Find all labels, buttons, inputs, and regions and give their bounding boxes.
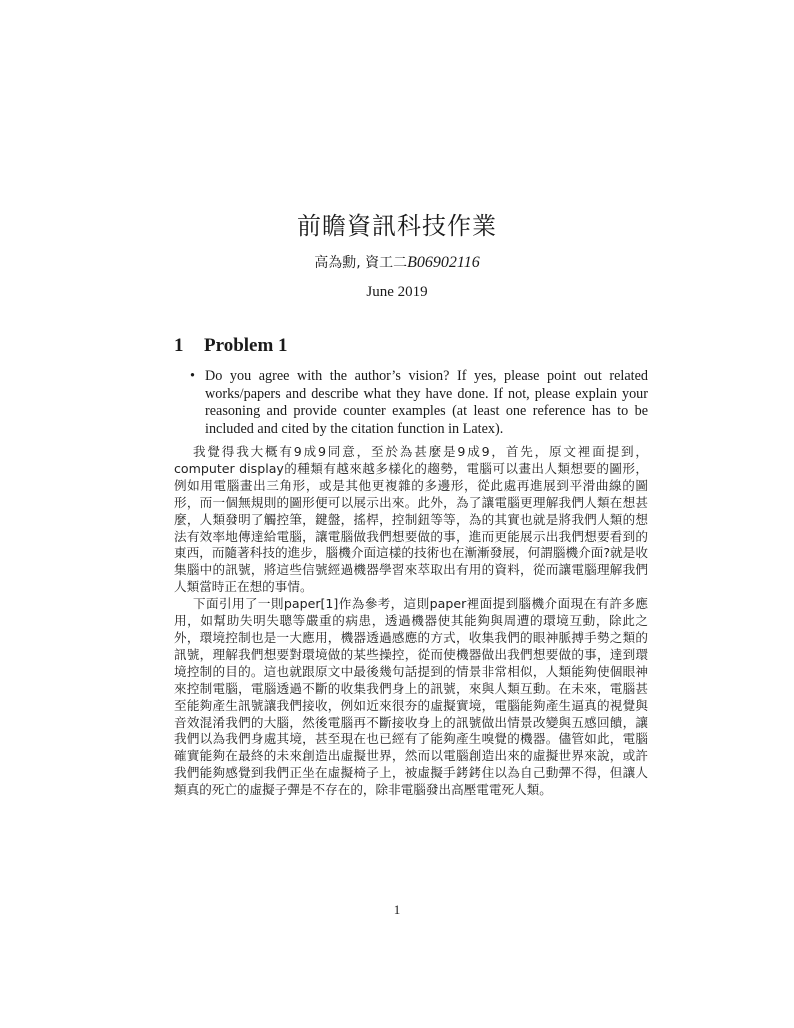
- section-body: 我覺得我大概有9成9同意，至於為甚麼是9成9，首先，原文裡面提到，compute…: [174, 444, 648, 799]
- bullet-text: Do you agree with the author’s vision? I…: [205, 368, 648, 438]
- paper-page: 前瞻資訊科技作業 高為勳, 資工二B06902116 June 2019 1Pr…: [0, 0, 794, 1028]
- bullet-item: • Do you agree with the author’s vision?…: [190, 368, 648, 438]
- paragraph: 我覺得我大概有9成9同意，至於為甚麼是9成9，首先，原文裡面提到，compute…: [174, 444, 648, 596]
- section-title: Problem 1: [204, 335, 288, 356]
- document-date: June 2019: [0, 284, 794, 301]
- paragraph: 下面引用了一則paper[1]作為參考，這則paper裡面提到腦機介面現在有許多…: [174, 596, 648, 799]
- document-title: 前瞻資訊科技作業: [0, 206, 794, 241]
- author-line: 高為勳, 資工二B06902116: [0, 252, 794, 272]
- page-number: 1: [0, 902, 794, 918]
- section-heading: 1Problem 1: [174, 335, 288, 357]
- author-name: 高為勳, 資工二: [314, 255, 407, 271]
- bullet-icon: •: [190, 368, 195, 386]
- student-id: B06902116: [407, 254, 480, 271]
- section-number: 1: [174, 335, 204, 357]
